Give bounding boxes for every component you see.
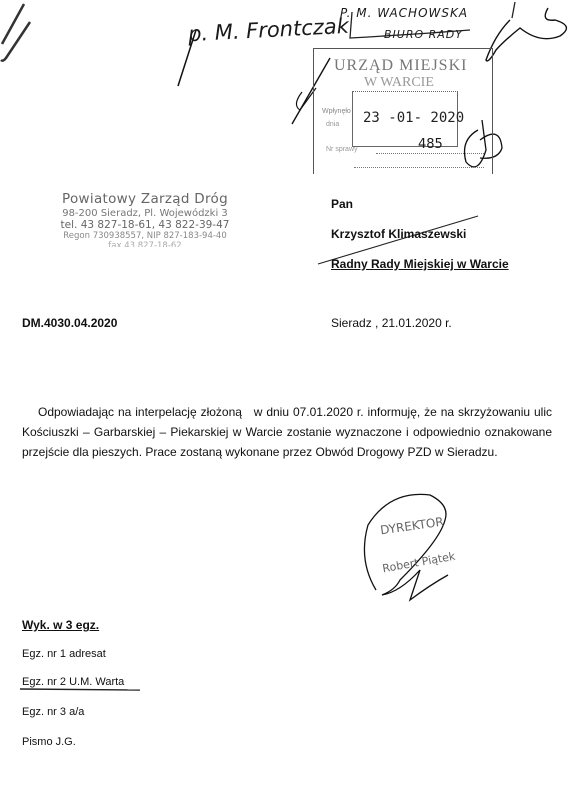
stamp-extra-dots bbox=[354, 167, 484, 168]
sender-fax: fax 43 827-18-62 bbox=[40, 241, 250, 247]
sender-address: 98-200 Sieradz, Pl. Wojewódzki 3 bbox=[40, 208, 250, 219]
recipient-name: Krzysztof Klimaszewski bbox=[331, 227, 466, 241]
recipient-title: Radny Rady Miejskiej w Warcie bbox=[331, 257, 509, 271]
distribution-item: Pismo J.G. bbox=[22, 736, 76, 748]
recipient-salutation: Pan bbox=[331, 197, 353, 211]
stamp-label-case: Nr sprawy bbox=[326, 146, 358, 153]
sender-block: Powiatowy Zarząd Dróg 98-200 Sieradz, Pl… bbox=[40, 191, 250, 247]
distribution-item: Egz. nr 2 U.M. Warta bbox=[22, 676, 124, 688]
stamp-case-dots bbox=[376, 153, 484, 154]
sender-ids: Regon 730938557, NIP 827-183-94-40 bbox=[40, 231, 250, 241]
stamp-office-line2: w WARCIE bbox=[364, 75, 434, 91]
body-paragraph: Odpowiadając na interpelację złożoną w d… bbox=[22, 402, 552, 462]
received-stamp: URZĄD MIEJSKI w WARCIE Wpłynęło dnia 23 … bbox=[313, 48, 493, 174]
handwritten-note-right-line1: p. M. Wachowska bbox=[340, 6, 468, 20]
stamp-date: 23 -01- 2020 bbox=[363, 110, 464, 126]
distribution-item: Egz. nr 1 adresat bbox=[22, 648, 106, 660]
distribution-item: Egz. nr 3 a/a bbox=[22, 706, 84, 718]
sender-name: Powiatowy Zarząd Dróg bbox=[40, 191, 250, 207]
stamp-case-number: 485 bbox=[418, 137, 443, 152]
handwritten-note-right-line2: Biuro Rady bbox=[384, 28, 463, 41]
stamp-label-day: dnia bbox=[326, 121, 339, 128]
distribution-header: Wyk. w 3 egz. bbox=[22, 618, 99, 632]
place-date: Sieradz , 21.01.2020 r. bbox=[331, 316, 452, 330]
stamp-label-received: Wpłynęło bbox=[322, 108, 351, 115]
sender-phone: tel. 43 827-18-61, 43 822-39-47 bbox=[40, 219, 250, 231]
stamp-office-line1: URZĄD MIEJSKI bbox=[334, 57, 467, 75]
reference-number: DM.4030.04.2020 bbox=[22, 316, 117, 330]
